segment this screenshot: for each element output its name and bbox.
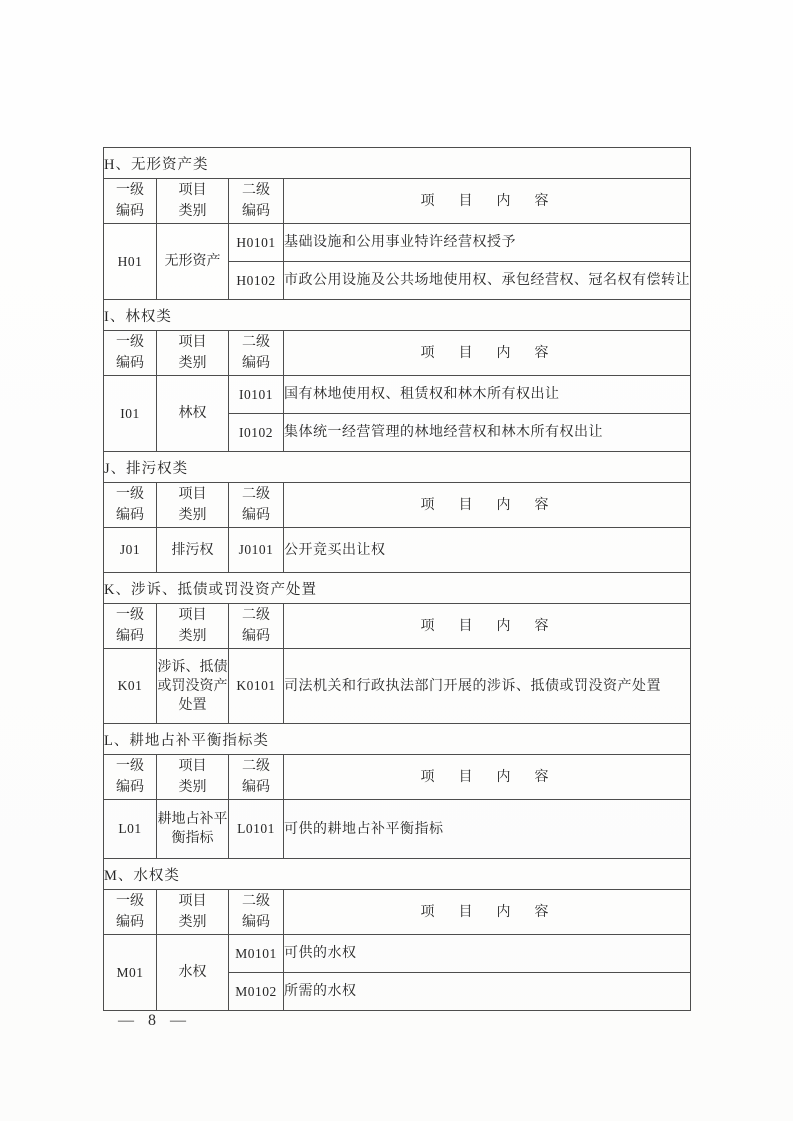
header-text-line: 编码 [104,912,156,933]
column-header-row: 一级编码项目类别二级编码项 目 内 容 [104,331,691,376]
col-header-item-content: 项 目 内 容 [284,755,691,800]
header-text-line: 类别 [157,912,228,933]
header-text-line: 项 目 内 容 [284,767,690,788]
item-content-cell: 可供的水权 [284,935,691,973]
table-row: H01无形资产H0101基础设施和公用事业特许经营权授予 [104,224,691,262]
header-text-line: 类别 [157,777,228,798]
header-text-line: 项 目 内 容 [284,191,690,212]
level2-code-cell: I0102 [229,414,284,452]
table-row: L01耕地占补平衡指标L0101可供的耕地占补平衡指标 [104,800,691,859]
col-header-level1-code: 一级编码 [104,331,157,376]
level2-code-cell: M0101 [229,935,284,973]
header-text-line: 编码 [229,353,283,374]
section-title: I、林权类 [104,300,691,331]
col-header-item-content: 项 目 内 容 [284,890,691,935]
level2-code-cell: K0101 [229,649,284,724]
col-header-level1-code: 一级编码 [104,890,157,935]
col-header-category: 项目类别 [157,604,229,649]
header-text-line: 编码 [229,777,283,798]
section-title-row: L、耕地占补平衡指标类 [104,724,691,755]
header-text-line: 项 目 内 容 [284,616,690,637]
header-text-line: 项 目 内 容 [284,902,690,923]
header-text-line: 二级 [229,891,283,912]
header-text-line: 一级 [104,756,156,777]
col-header-item-content: 项 目 内 容 [284,604,691,649]
header-text-line: 编码 [229,201,283,222]
col-header-level2-code: 二级编码 [229,179,284,224]
page-number: — 8 — [118,1012,191,1030]
item-content-cell: 国有林地使用权、租赁权和林木所有权出让 [284,376,691,414]
item-content-cell: 集体统一经营管理的林地经营权和林木所有权出让 [284,414,691,452]
table-section: J、排污权类一级编码项目类别二级编码项 目 内 容J01排污权J0101公开竞买… [104,452,691,573]
header-text-line: 编码 [104,201,156,222]
col-header-level1-code: 一级编码 [104,179,157,224]
table-row: I01林权I0101国有林地使用权、租赁权和林木所有权出让 [104,376,691,414]
header-text-line: 类别 [157,505,228,526]
header-text-line: 项目 [157,332,228,353]
header-text-line: 项目 [157,180,228,201]
column-header-row: 一级编码项目类别二级编码项 目 内 容 [104,604,691,649]
header-text-line: 一级 [104,180,156,201]
col-header-level2-code: 二级编码 [229,755,284,800]
header-text-line: 编码 [104,777,156,798]
header-text-line: 编码 [104,505,156,526]
category-cell: 耕地占补平衡指标 [157,800,229,859]
level1-code-cell: I01 [104,376,157,452]
table-section: K、涉诉、抵债或罚没资产处置一级编码项目类别二级编码项 目 内 容K01涉诉、抵… [104,573,691,724]
section-title: H、无形资产类 [104,148,691,179]
col-header-level2-code: 二级编码 [229,604,284,649]
section-title-row: M、水权类 [104,859,691,890]
table-row: M01水权M0101可供的水权 [104,935,691,973]
header-text-line: 一级 [104,891,156,912]
header-text-line: 编码 [229,626,283,647]
item-content-cell: 公开竞买出让权 [284,528,691,573]
header-text-line: 编码 [104,353,156,374]
section-title-row: I、林权类 [104,300,691,331]
item-content-cell: 市政公用设施及公共场地使用权、承包经营权、冠名权有偿转让 [284,262,691,300]
header-text-line: 项 目 内 容 [284,495,690,516]
header-text-line: 项目 [157,891,228,912]
item-content-cell: 基础设施和公用事业特许经营权授予 [284,224,691,262]
header-text-line: 类别 [157,353,228,374]
category-cell: 水权 [157,935,229,1011]
col-header-level2-code: 二级编码 [229,331,284,376]
header-text-line: 二级 [229,605,283,626]
section-title-row: H、无形资产类 [104,148,691,179]
col-header-level2-code: 二级编码 [229,483,284,528]
section-title-row: K、涉诉、抵债或罚没资产处置 [104,573,691,604]
section-title: L、耕地占补平衡指标类 [104,724,691,755]
col-header-item-content: 项 目 内 容 [284,179,691,224]
level1-code-cell: K01 [104,649,157,724]
col-header-category: 项目类别 [157,755,229,800]
table-row: K01涉诉、抵债或罚没资产处置K0101司法机关和行政执法部门开展的涉诉、抵债或… [104,649,691,724]
table-section: I、林权类一级编码项目类别二级编码项 目 内 容I01林权I0101国有林地使用… [104,300,691,452]
header-text-line: 一级 [104,332,156,353]
table-section: M、水权类一级编码项目类别二级编码项 目 内 容M01水权M0101可供的水权M… [104,859,691,1011]
col-header-level1-code: 一级编码 [104,755,157,800]
header-text-line: 一级 [104,484,156,505]
level2-code-cell: H0102 [229,262,284,300]
col-header-level1-code: 一级编码 [104,483,157,528]
item-content-cell: 司法机关和行政执法部门开展的涉诉、抵债或罚没资产处置 [284,649,691,724]
header-text-line: 项 目 内 容 [284,343,690,364]
col-header-level2-code: 二级编码 [229,890,284,935]
header-text-line: 二级 [229,756,283,777]
level2-code-cell: L0101 [229,800,284,859]
header-text-line: 一级 [104,605,156,626]
header-text-line: 编码 [104,626,156,647]
column-header-row: 一级编码项目类别二级编码项 目 内 容 [104,483,691,528]
category-cell: 涉诉、抵债或罚没资产处置 [157,649,229,724]
asset-code-table: H、无形资产类一级编码项目类别二级编码项 目 内 容H01无形资产H0101基础… [103,147,691,1011]
header-text-line: 类别 [157,201,228,222]
level2-code-cell: M0102 [229,973,284,1011]
col-header-category: 项目类别 [157,331,229,376]
level1-code-cell: M01 [104,935,157,1011]
header-text-line: 项目 [157,605,228,626]
header-text-line: 项目 [157,756,228,777]
level2-code-cell: H0101 [229,224,284,262]
col-header-category: 项目类别 [157,890,229,935]
level2-code-cell: J0101 [229,528,284,573]
table-section: L、耕地占补平衡指标类一级编码项目类别二级编码项 目 内 容L01耕地占补平衡指… [104,724,691,859]
scanned-document-page: H、无形资产类一级编码项目类别二级编码项 目 内 容H01无形资产H0101基础… [0,0,793,1121]
header-text-line: 二级 [229,180,283,201]
item-content-cell: 所需的水权 [284,973,691,1011]
header-text-line: 编码 [229,505,283,526]
section-title: J、排污权类 [104,452,691,483]
col-header-item-content: 项 目 内 容 [284,483,691,528]
table-row: J01排污权J0101公开竞买出让权 [104,528,691,573]
column-header-row: 一级编码项目类别二级编码项 目 内 容 [104,179,691,224]
col-header-level1-code: 一级编码 [104,604,157,649]
item-content-cell: 可供的耕地占补平衡指标 [284,800,691,859]
asset-code-table-container: H、无形资产类一级编码项目类别二级编码项 目 内 容H01无形资产H0101基础… [103,147,692,1011]
category-cell: 排污权 [157,528,229,573]
header-text-line: 类别 [157,626,228,647]
header-text-line: 项目 [157,484,228,505]
level1-code-cell: H01 [104,224,157,300]
col-header-category: 项目类别 [157,483,229,528]
section-title: K、涉诉、抵债或罚没资产处置 [104,573,691,604]
header-text-line: 编码 [229,912,283,933]
level1-code-cell: J01 [104,528,157,573]
col-header-item-content: 项 目 内 容 [284,331,691,376]
section-title-row: J、排污权类 [104,452,691,483]
table-section: H、无形资产类一级编码项目类别二级编码项 目 内 容H01无形资产H0101基础… [104,148,691,300]
level1-code-cell: L01 [104,800,157,859]
header-text-line: 二级 [229,484,283,505]
col-header-category: 项目类别 [157,179,229,224]
category-cell: 无形资产 [157,224,229,300]
section-title: M、水权类 [104,859,691,890]
category-cell: 林权 [157,376,229,452]
level2-code-cell: I0101 [229,376,284,414]
column-header-row: 一级编码项目类别二级编码项 目 内 容 [104,755,691,800]
header-text-line: 二级 [229,332,283,353]
column-header-row: 一级编码项目类别二级编码项 目 内 容 [104,890,691,935]
